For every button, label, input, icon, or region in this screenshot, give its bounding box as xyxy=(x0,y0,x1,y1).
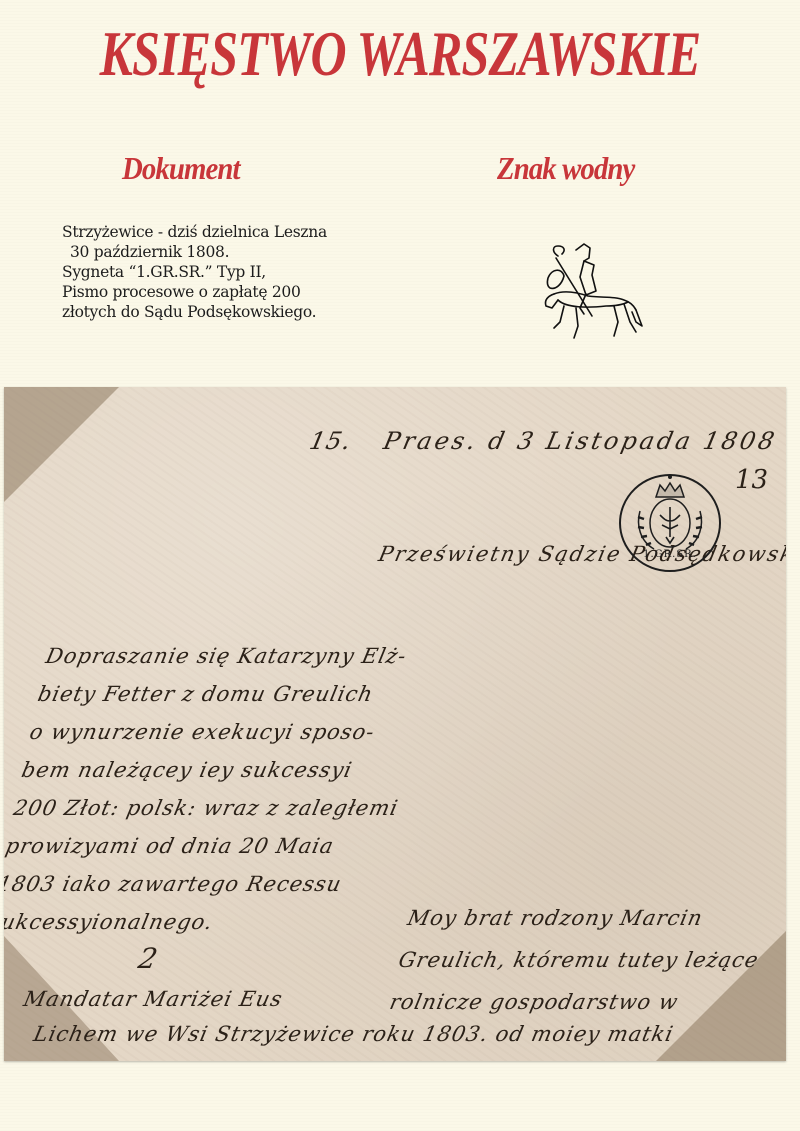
letter-line: rolnicze gospodarstwo w xyxy=(386,981,754,1023)
document-description: Strzyżewice - dziś dzielnica Leszna 30 p… xyxy=(62,222,442,322)
letter-line: prowizyami od dnia 20 Maia xyxy=(4,827,394,865)
description-line: Sygneta “1.GR.SR.” Typ II, xyxy=(62,262,442,282)
letter-line: bem należącey iey sukcessyi xyxy=(18,751,410,789)
page-title: KSIĘSTWO WARSZAWSKIE xyxy=(88,22,712,86)
letter-line: biety Fetter z domu Greulich xyxy=(34,675,426,713)
mount-corner-top-left xyxy=(4,387,119,502)
description-line: Strzyżewice - dziś dzielnica Leszna xyxy=(62,222,442,242)
letter-line: Moy brat rodzony Marcin xyxy=(403,897,771,939)
letter-line: Dopraszanie się Katarzyny Elż- xyxy=(42,637,434,675)
letter-salutation: Prześwietny Sądzie Podsędkowski! xyxy=(376,542,786,566)
letter-line: Lichem we Wsi Strzyżewice roku 1803. od … xyxy=(31,1022,675,1046)
letter-left-column: Dopraszanie się Katarzyny Elż- biety Fet… xyxy=(4,637,434,941)
folio-mark: 13 xyxy=(735,465,768,495)
crowned-eagle-seal-icon: 1.GR.SR. xyxy=(616,467,724,575)
horseman-rider-icon xyxy=(528,228,658,358)
letter-line: Mandatar Mariżei Eus xyxy=(21,987,285,1011)
letter-line: o wynurzenie exekucyi sposo- xyxy=(26,713,418,751)
description-line: złotych do Sądu Podsękowskiego. xyxy=(62,302,442,322)
letter-right-column: Moy brat rodzony Marcin Greulich, którem… xyxy=(386,897,772,1023)
letter-number: 15. xyxy=(307,427,354,455)
seal-legend: 1.GR.SR. xyxy=(616,549,724,560)
letter-line: 200 Złot: polsk: wraz z zaległemi xyxy=(10,789,402,827)
letter-line: sukcessyionalnego. xyxy=(4,903,378,941)
document-heading: Dokument xyxy=(122,150,240,187)
letter-line: 1803 iako zawartego Recessu xyxy=(4,865,386,903)
description-line: 30 październik 1808. xyxy=(62,242,442,262)
letter-praesentatum-note: Praes. d 3 Listopada 1808 xyxy=(381,427,780,455)
letter-section-number: 2 xyxy=(135,942,161,975)
description-line: Pismo procesowe o zapłatę 200 xyxy=(62,282,442,302)
watermark-heading: Znak wodny xyxy=(497,150,634,187)
letter-line: Greulich, któremu tutey leżące xyxy=(395,939,763,981)
